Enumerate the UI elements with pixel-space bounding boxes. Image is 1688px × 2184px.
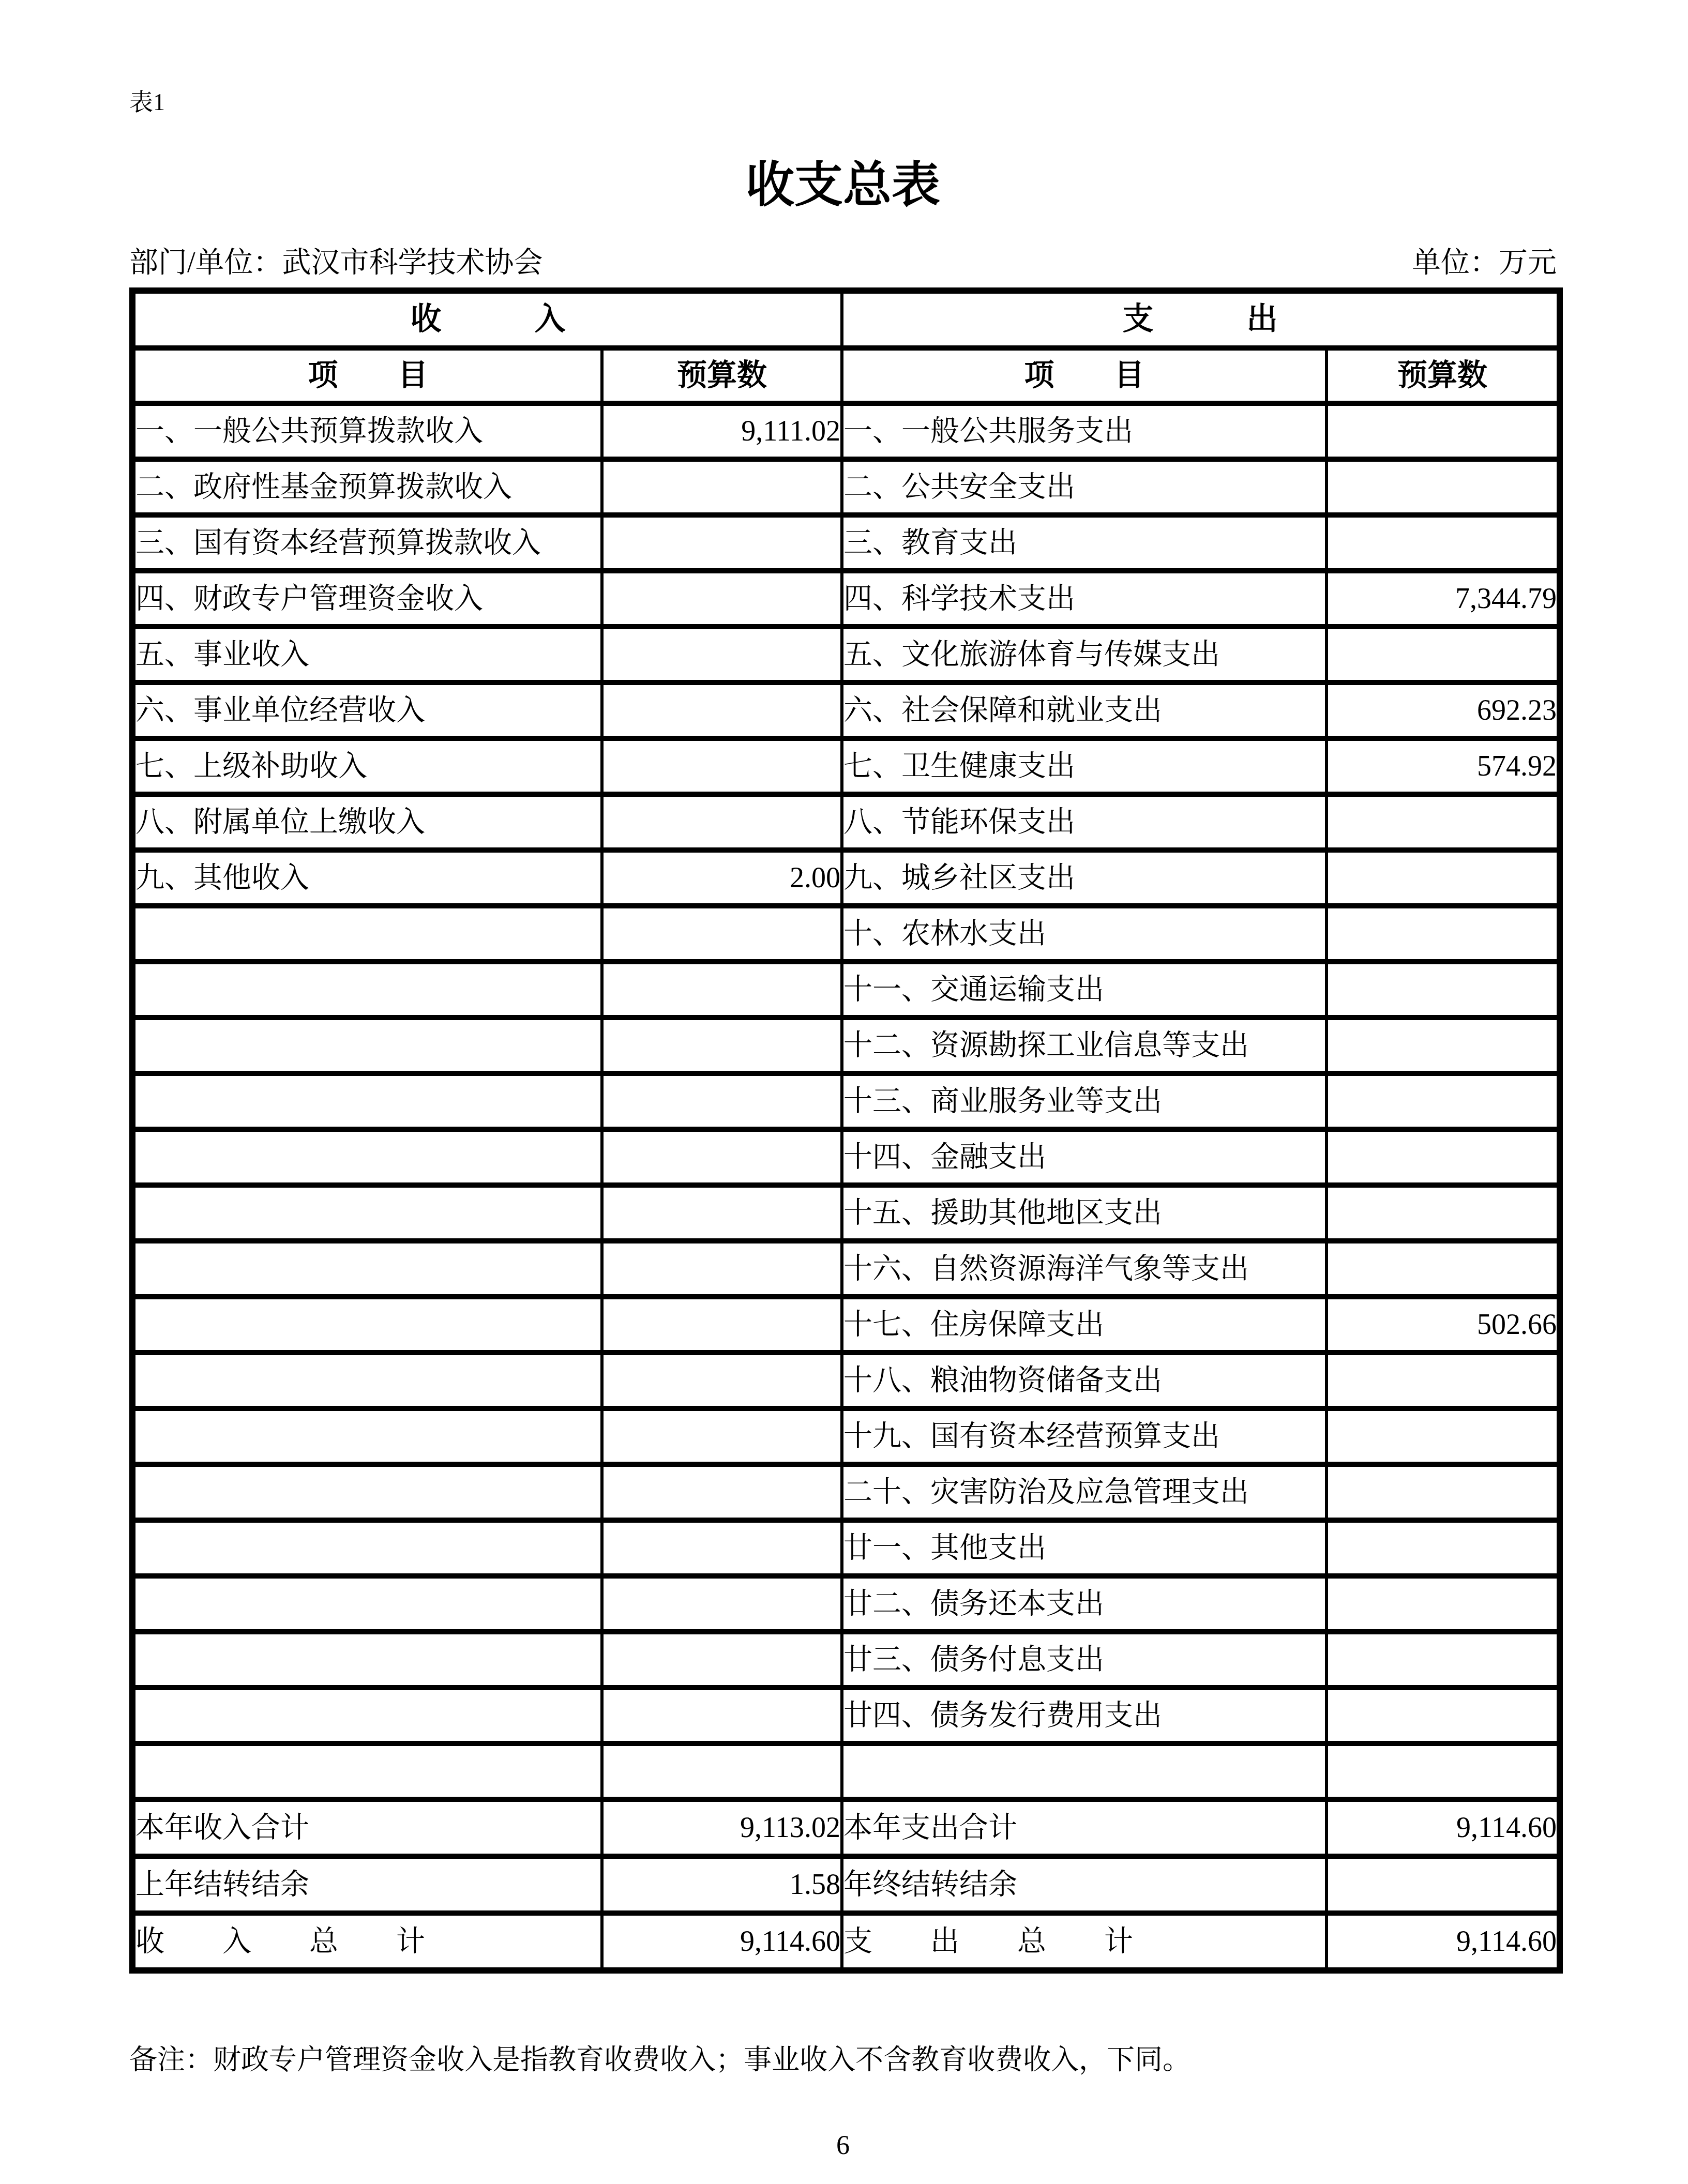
expense-item-cell: 本年支出合计: [842, 1799, 1327, 1856]
income-budget-cell: 9,113.02: [602, 1799, 842, 1856]
income-item-cell: [132, 1464, 602, 1520]
table-row: 十八、粮油物资储备支出: [132, 1353, 1560, 1408]
total-row: 上年结转结余1.58年终结转结余: [132, 1856, 1560, 1913]
income-item-cell: [132, 1297, 602, 1353]
expense-budget-cell: [1327, 1688, 1560, 1743]
table-row: 一、一般公共预算拨款收入9,111.02一、一般公共服务支出: [132, 403, 1560, 459]
income-budget-cell: [602, 1129, 842, 1185]
income-item-cell: [132, 1353, 602, 1408]
expense-item-cell: 二、公共安全支出: [842, 459, 1327, 515]
table-row: 十二、资源勘探工业信息等支出: [132, 1018, 1560, 1073]
income-budget-cell: [602, 627, 842, 682]
income-item-cell: 二、政府性基金预算拨款收入: [132, 459, 602, 515]
table-row: [132, 1743, 1560, 1799]
budget-table-body: 一、一般公共预算拨款收入9,111.02一、一般公共服务支出二、政府性基金预算拨…: [132, 403, 1560, 1970]
expense-item-cell: 十五、援助其他地区支出: [842, 1185, 1327, 1241]
expense-budget-cell: [1327, 1185, 1560, 1241]
expense-item-cell: 十四、金融支出: [842, 1129, 1327, 1185]
income-budget-cell: 2.00: [602, 850, 842, 906]
table-row: 二十、灾害防治及应急管理支出: [132, 1464, 1560, 1520]
expense-budget-cell: [1327, 1520, 1560, 1576]
table-row: 四、财政专户管理资金收入四、科学技术支出7,344.79: [132, 571, 1560, 627]
table-row: 九、其他收入2.00九、城乡社区支出: [132, 850, 1560, 906]
income-budget-cell: [602, 1073, 842, 1129]
income-budget-column-header: 预算数: [602, 348, 842, 403]
income-budget-cell: 1.58: [602, 1856, 842, 1913]
expense-item-cell: 廿一、其他支出: [842, 1520, 1327, 1576]
expense-item-cell: 十一、交通运输支出: [842, 962, 1327, 1018]
income-item-column-header: 项 目: [132, 348, 602, 403]
income-budget-cell: [602, 459, 842, 515]
unit-label: 单位：万元: [1412, 246, 1557, 280]
income-budget-cell: [602, 1743, 842, 1799]
income-budget-cell: [602, 1408, 842, 1464]
expense-budget-cell: [1327, 1408, 1560, 1464]
expense-budget-cell: [1327, 962, 1560, 1018]
table-row: 十四、金融支出: [132, 1129, 1560, 1185]
department-label: 部门/单位：武汉市科学技术协会: [129, 246, 543, 280]
table-row: 二、政府性基金预算拨款收入二、公共安全支出: [132, 459, 1560, 515]
income-budget-cell: [602, 1353, 842, 1408]
expense-budget-cell: [1327, 459, 1560, 515]
total-row: 收 入 总 计9,114.60支 出 总 计9,114.60: [132, 1913, 1560, 1970]
section-header-row: 收 入 支 出: [132, 291, 1560, 348]
income-budget-cell: [602, 738, 842, 794]
income-item-cell: [132, 1632, 602, 1688]
table-row: 七、上级补助收入七、卫生健康支出574.92: [132, 738, 1560, 794]
income-item-cell: 一、一般公共预算拨款收入: [132, 403, 602, 459]
income-item-cell: [132, 1018, 602, 1073]
expense-budget-cell: [1327, 1073, 1560, 1129]
income-budget-cell: [602, 1520, 842, 1576]
income-budget-cell: [602, 962, 842, 1018]
expense-budget-cell: [1327, 1856, 1560, 1913]
income-budget-cell: [602, 1185, 842, 1241]
income-budget-cell: [602, 1576, 842, 1632]
expense-budget-cell: [1327, 1353, 1560, 1408]
income-budget-cell: [602, 571, 842, 627]
income-item-cell: [132, 1688, 602, 1743]
income-item-cell: [132, 906, 602, 962]
income-budget-cell: [602, 1632, 842, 1688]
income-item-cell: [132, 1185, 602, 1241]
expense-budget-cell: 9,114.60: [1327, 1913, 1560, 1970]
meta-row: 部门/单位：武汉市科学技术协会 单位：万元: [129, 246, 1557, 280]
income-item-cell: [132, 1129, 602, 1185]
income-item-cell: [132, 1408, 602, 1464]
page-title: 收支总表: [129, 156, 1557, 217]
income-item-cell: [132, 1576, 602, 1632]
income-budget-cell: [602, 1018, 842, 1073]
income-item-cell: 九、其他收入: [132, 850, 602, 906]
budget-summary-table: 收 入 支 出 项 目 预算数 项 目 预算数 一、一般公共预算拨款收入9,11…: [129, 287, 1563, 1974]
income-budget-cell: [602, 1241, 842, 1297]
table-row: 廿三、债务付息支出: [132, 1632, 1560, 1688]
expense-budget-cell: [1327, 1129, 1560, 1185]
expense-budget-cell: [1327, 850, 1560, 906]
column-header-row: 项 目 预算数 项 目 预算数: [132, 348, 1560, 403]
income-item-cell: 五、事业收入: [132, 627, 602, 682]
table-row: 廿二、债务还本支出: [132, 1576, 1560, 1632]
income-budget-cell: [602, 1464, 842, 1520]
expense-item-cell: 十七、住房保障支出: [842, 1297, 1327, 1353]
expense-item-cell: 十六、自然资源海洋气象等支出: [842, 1241, 1327, 1297]
expense-item-cell: 四、科学技术支出: [842, 571, 1327, 627]
table-row: 八、附属单位上缴收入八、节能环保支出: [132, 794, 1560, 850]
expense-budget-cell: [1327, 906, 1560, 962]
income-item-cell: 六、事业单位经营收入: [132, 682, 602, 738]
income-item-cell: [132, 1073, 602, 1129]
expense-item-cell: 廿二、债务还本支出: [842, 1576, 1327, 1632]
expense-item-cell: 二十、灾害防治及应急管理支出: [842, 1464, 1327, 1520]
income-budget-cell: [602, 1688, 842, 1743]
expense-budget-cell: [1327, 515, 1560, 571]
expense-item-cell: 一、一般公共服务支出: [842, 403, 1327, 459]
income-item-cell: 上年结转结余: [132, 1856, 602, 1913]
table-header: 收 入 支 出 项 目 预算数 项 目 预算数: [132, 291, 1560, 403]
expense-item-cell: 六、社会保障和就业支出: [842, 682, 1327, 738]
expense-budget-cell: 574.92: [1327, 738, 1560, 794]
expense-budget-cell: [1327, 627, 1560, 682]
income-budget-cell: [602, 515, 842, 571]
expense-item-cell: 八、节能环保支出: [842, 794, 1327, 850]
expense-item-cell: 年终结转结余: [842, 1856, 1327, 1913]
expense-item-cell: 九、城乡社区支出: [842, 850, 1327, 906]
table-row: 三、国有资本经营预算拨款收入三、教育支出: [132, 515, 1560, 571]
expense-item-cell: 三、教育支出: [842, 515, 1327, 571]
expense-item-column-header: 项 目: [842, 348, 1327, 403]
expense-item-cell: 十、农林水支出: [842, 906, 1327, 962]
expense-section-header: 支 出: [842, 291, 1560, 348]
income-item-cell: 四、财政专户管理资金收入: [132, 571, 602, 627]
expense-budget-cell: [1327, 794, 1560, 850]
expense-item-cell: 支 出 总 计: [842, 1913, 1327, 1970]
document-page: 表1 收支总表 部门/单位：武汉市科学技术协会 单位：万元 收 入 支 出 项 …: [0, 0, 1688, 2184]
expense-item-cell: [842, 1743, 1327, 1799]
income-item-cell: 八、附属单位上缴收入: [132, 794, 602, 850]
income-item-cell: [132, 1520, 602, 1576]
expense-budget-cell: [1327, 403, 1560, 459]
expense-budget-cell: [1327, 1632, 1560, 1688]
expense-budget-cell: [1327, 1576, 1560, 1632]
table-row: 六、事业单位经营收入六、社会保障和就业支出692.23: [132, 682, 1560, 738]
expense-item-cell: 廿四、债务发行费用支出: [842, 1688, 1327, 1743]
income-section-header: 收 入: [132, 291, 842, 348]
income-item-cell: 七、上级补助收入: [132, 738, 602, 794]
total-row: 本年收入合计9,113.02本年支出合计9,114.60: [132, 1799, 1560, 1856]
expense-budget-cell: 502.66: [1327, 1297, 1560, 1353]
income-budget-cell: [602, 682, 842, 738]
expense-budget-cell: 9,114.60: [1327, 1799, 1560, 1856]
expense-item-cell: 十三、商业服务业等支出: [842, 1073, 1327, 1129]
expense-item-cell: 五、文化旅游体育与传媒支出: [842, 627, 1327, 682]
expense-item-cell: 十二、资源勘探工业信息等支出: [842, 1018, 1327, 1073]
income-item-cell: [132, 1241, 602, 1297]
expense-budget-cell: [1327, 1018, 1560, 1073]
income-budget-cell: [602, 906, 842, 962]
income-item-cell: [132, 962, 602, 1018]
income-item-cell: [132, 1743, 602, 1799]
table-row: 廿一、其他支出: [132, 1520, 1560, 1576]
income-budget-cell: [602, 1297, 842, 1353]
expense-item-cell: 七、卫生健康支出: [842, 738, 1327, 794]
table-row: 十七、住房保障支出502.66: [132, 1297, 1560, 1353]
expense-budget-cell: 7,344.79: [1327, 571, 1560, 627]
table-row: 十三、商业服务业等支出: [132, 1073, 1560, 1129]
table-row: 十六、自然资源海洋气象等支出: [132, 1241, 1560, 1297]
table-label: 表1: [129, 88, 1557, 116]
income-item-cell: 本年收入合计: [132, 1799, 602, 1856]
expense-budget-column-header: 预算数: [1327, 348, 1560, 403]
expense-budget-cell: 692.23: [1327, 682, 1560, 738]
table-row: 十、农林水支出: [132, 906, 1560, 962]
expense-budget-cell: [1327, 1743, 1560, 1799]
expense-item-cell: 十九、国有资本经营预算支出: [842, 1408, 1327, 1464]
income-item-cell: 收 入 总 计: [132, 1913, 602, 1970]
expense-item-cell: 十八、粮油物资储备支出: [842, 1353, 1327, 1408]
income-item-cell: 三、国有资本经营预算拨款收入: [132, 515, 602, 571]
footnote: 备注：财政专户管理资金收入是指教育收费收入；事业收入不含教育收费收入，下同。: [129, 2042, 1557, 2078]
table-row: 十一、交通运输支出: [132, 962, 1560, 1018]
income-budget-cell: 9,111.02: [602, 403, 842, 459]
table-row: 五、事业收入五、文化旅游体育与传媒支出: [132, 627, 1560, 682]
table-row: 十五、援助其他地区支出: [132, 1185, 1560, 1241]
expense-budget-cell: [1327, 1464, 1560, 1520]
expense-budget-cell: [1327, 1241, 1560, 1297]
expense-item-cell: 廿三、债务付息支出: [842, 1632, 1327, 1688]
income-budget-cell: [602, 794, 842, 850]
table-row: 廿四、债务发行费用支出: [132, 1688, 1560, 1743]
page-number: 6: [129, 2130, 1557, 2162]
income-budget-cell: 9,114.60: [602, 1913, 842, 1970]
table-row: 十九、国有资本经营预算支出: [132, 1408, 1560, 1464]
